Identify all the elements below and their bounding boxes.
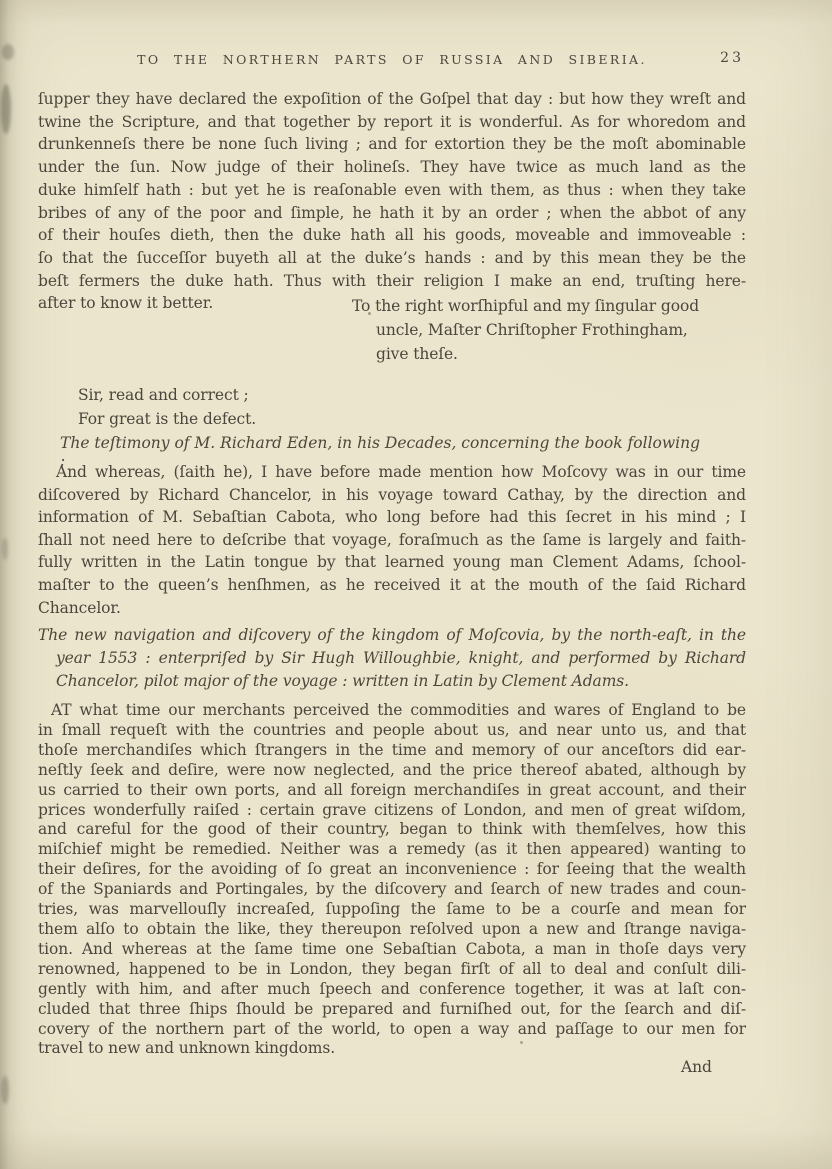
address-block: To the right worſhipful and my ſingular … [352,294,762,366]
text-line: covery of the northern part of the world… [38,1020,746,1040]
text-line: drunkenneſs there be none ſuch living ; … [38,133,746,156]
scan-speck [368,312,371,315]
text-line: Sir, read and correct ; [78,384,378,408]
text-line: of their houſes dieth, then the duke hat… [38,224,746,247]
text-line: miſchief might be remedied. Neither was … [38,840,746,860]
text-line: bribes of any of the poor and ſimple, he… [38,202,746,225]
scan-speck [1,84,11,134]
scan-speck [520,1041,523,1044]
opening-paragraph: ſupper they have declared the expoſition… [38,88,746,315]
text-line: ſhall not need here to deſcribe that voy… [38,529,746,552]
text-line: tion. And whereas at the ſame time one S… [38,940,746,960]
text-line: of the Spaniards and Portingales, by the… [38,880,746,900]
page: TO THE NORTHERN PARTS OF RUSSIA AND SIBE… [0,0,832,1169]
scan-speck [2,44,14,60]
text-line: fully written in the Latin tongue by tha… [38,551,746,574]
text-line: maſter to the queen’s henſhmen, as he re… [38,574,746,597]
text-line: For great is the defect. [78,408,378,432]
voyage-heading: The new navigation and diſcovery of the … [38,624,746,694]
page-number: 23 [720,50,744,66]
text-line: AT what time our merchants perceived the… [38,701,746,721]
text-line: uncle, Maſter Chriſtopher Frothingham, [352,318,762,342]
text-line: Chancelor. [38,597,746,620]
text-line: The new navigation and diſcovery of the … [38,624,746,647]
text-line: diſcovered by Richard Chancelor, in his … [38,484,746,507]
text-line: under the ſun. Now judge of their holine… [38,156,746,179]
text-line: thoſe merchandiſes which ſtrangers in th… [38,741,746,761]
salutation-block: Sir, read and correct ;For great is the … [78,384,378,431]
text-line: duke himſelf hath : but yet he is reaſon… [38,179,746,202]
text-line: information of M. Sebaſtian Cabota, who … [38,506,746,529]
text-line: us carried to their own ports, and all f… [38,781,746,801]
testimony-paragraph: And whereas, (ſaith he), I have before m… [38,461,746,619]
running-title: TO THE NORTHERN PARTS OF RUSSIA AND SIBE… [137,52,647,67]
text-line: neſtly ſeek and deſire, were now neglect… [38,761,746,781]
page-header: TO THE NORTHERN PARTS OF RUSSIA AND SIBE… [38,52,746,67]
text-line: in ſmall requeſt with the countries and … [38,721,746,741]
text-line: To the right worſhipful and my ſingular … [352,294,762,318]
text-line: renowned, happened to be in London, they… [38,960,746,980]
catchword: And [681,1058,712,1076]
scan-speck [2,538,8,560]
text-line: cluded that three ſhips ſhould be prepar… [38,1000,746,1020]
text-line: ſupper they have declared the expoſition… [38,88,746,111]
text-line: prices wonderfully raiſed : certain grav… [38,801,746,821]
text-line: year 1553 : enterpriſed by Sir Hugh Will… [38,647,746,670]
text-line: beſt fermers the duke hath. Thus with th… [38,270,746,293]
text-line: ſo that the ſucceſſor buyeth all at the … [38,247,746,270]
text-line: and careful for the good of their countr… [38,820,746,840]
text-line: And whereas, (ſaith he), I have before m… [38,461,746,484]
text-line: Chancelor, pilot major of the voyage : w… [38,670,746,693]
voyage-paragraph: AT what time our merchants perceived the… [38,701,746,1059]
text-line: travel to new and unknown kingdoms. [38,1039,746,1059]
scan-speck [1,1076,9,1104]
text-line: twine the Scripture, and that together b… [38,111,746,134]
text-line: gently with him, and after much ſpeech a… [38,980,746,1000]
text-line: give theſe. [352,342,762,366]
text-line: them alſo to obtain the like, they there… [38,920,746,940]
text-line: their deſires, for the avoiding of ſo gr… [38,860,746,880]
text-line: tries, was marvellouſly increaſed, ſuppo… [38,900,746,920]
